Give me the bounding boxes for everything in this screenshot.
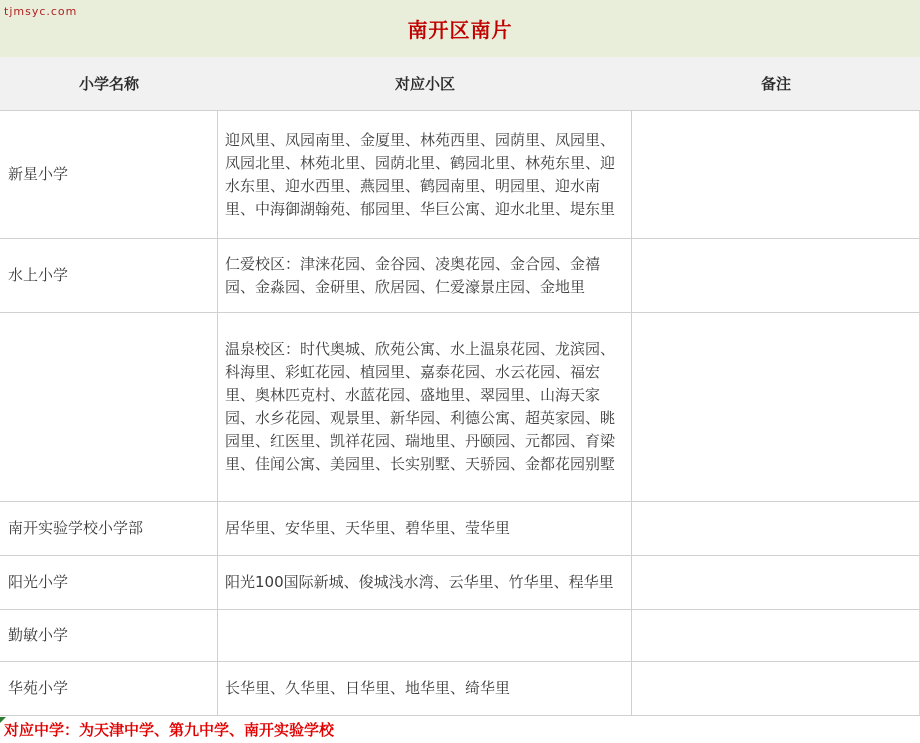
cell-error-flag-icon (0, 717, 6, 723)
communities-cell: 居华里、安华里、天华里、碧华里、莹华里 (218, 502, 632, 555)
footer-row: 对应中学：为天津中学、第九中学、南开实验学校 (0, 716, 920, 743)
school-name-cell (0, 313, 218, 501)
table-row: 华苑小学 长华里、久华里、日华里、地华里、绮华里 (0, 662, 920, 716)
note-cell (632, 662, 920, 715)
communities-cell: 阳光100国际新城、俊城浅水湾、云华里、竹华里、程华里 (218, 556, 632, 609)
school-name-cell: 新星小学 (0, 111, 218, 238)
column-header-note: 备注 (632, 57, 920, 110)
communities-cell: 温泉校区：时代奥城、欣苑公寓、水上温泉花园、龙滨园、科海里、彩虹花园、植园里、嘉… (218, 313, 632, 501)
title-band: tjmsyc.com 南开区南片 (0, 0, 920, 57)
school-name-cell: 水上小学 (0, 239, 218, 312)
school-name-cell: 华苑小学 (0, 662, 218, 715)
school-name-cell: 南开实验学校小学部 (0, 502, 218, 555)
school-name-cell: 勤敏小学 (0, 610, 218, 661)
note-cell (632, 502, 920, 555)
watermark: tjmsyc.com (4, 5, 77, 18)
table-header-row: 小学名称 对应小区 备注 (0, 57, 920, 111)
communities-cell: 仁爱校区：津涞花园、金谷园、凌奥花园、金合园、金禧园、金淼园、金研里、欣居园、仁… (218, 239, 632, 312)
communities-cell: 长华里、久华里、日华里、地华里、绮华里 (218, 662, 632, 715)
school-name-cell: 阳光小学 (0, 556, 218, 609)
table-row: 南开实验学校小学部 居华里、安华里、天华里、碧华里、莹华里 (0, 502, 920, 556)
table-row: 温泉校区：时代奥城、欣苑公寓、水上温泉花园、龙滨园、科海里、彩虹花园、植园里、嘉… (0, 313, 920, 502)
middle-school-note: 对应中学：为天津中学、第九中学、南开实验学校 (4, 719, 334, 740)
note-cell (632, 556, 920, 609)
communities-cell (218, 610, 632, 661)
table-row: 新星小学 迎风里、凤园南里、金厦里、林苑西里、园荫里、凤园里、凤园北里、林苑北里… (0, 111, 920, 239)
table-row: 水上小学 仁爱校区：津涞花园、金谷园、凌奥花园、金合园、金禧园、金淼园、金研里、… (0, 239, 920, 313)
column-header-school: 小学名称 (0, 57, 218, 110)
table-row: 勤敏小学 (0, 610, 920, 662)
school-district-sheet: tjmsyc.com 南开区南片 小学名称 对应小区 备注 新星小学 迎风里、凤… (0, 0, 920, 743)
page-title: 南开区南片 (408, 14, 513, 43)
note-cell (632, 111, 920, 238)
note-cell (632, 239, 920, 312)
communities-cell: 迎风里、凤园南里、金厦里、林苑西里、园荫里、凤园里、凤园北里、林苑北里、园荫北里… (218, 111, 632, 238)
note-cell (632, 313, 920, 501)
table-row: 阳光小学 阳光100国际新城、俊城浅水湾、云华里、竹华里、程华里 (0, 556, 920, 610)
column-header-communities: 对应小区 (218, 57, 632, 110)
note-cell (632, 610, 920, 661)
